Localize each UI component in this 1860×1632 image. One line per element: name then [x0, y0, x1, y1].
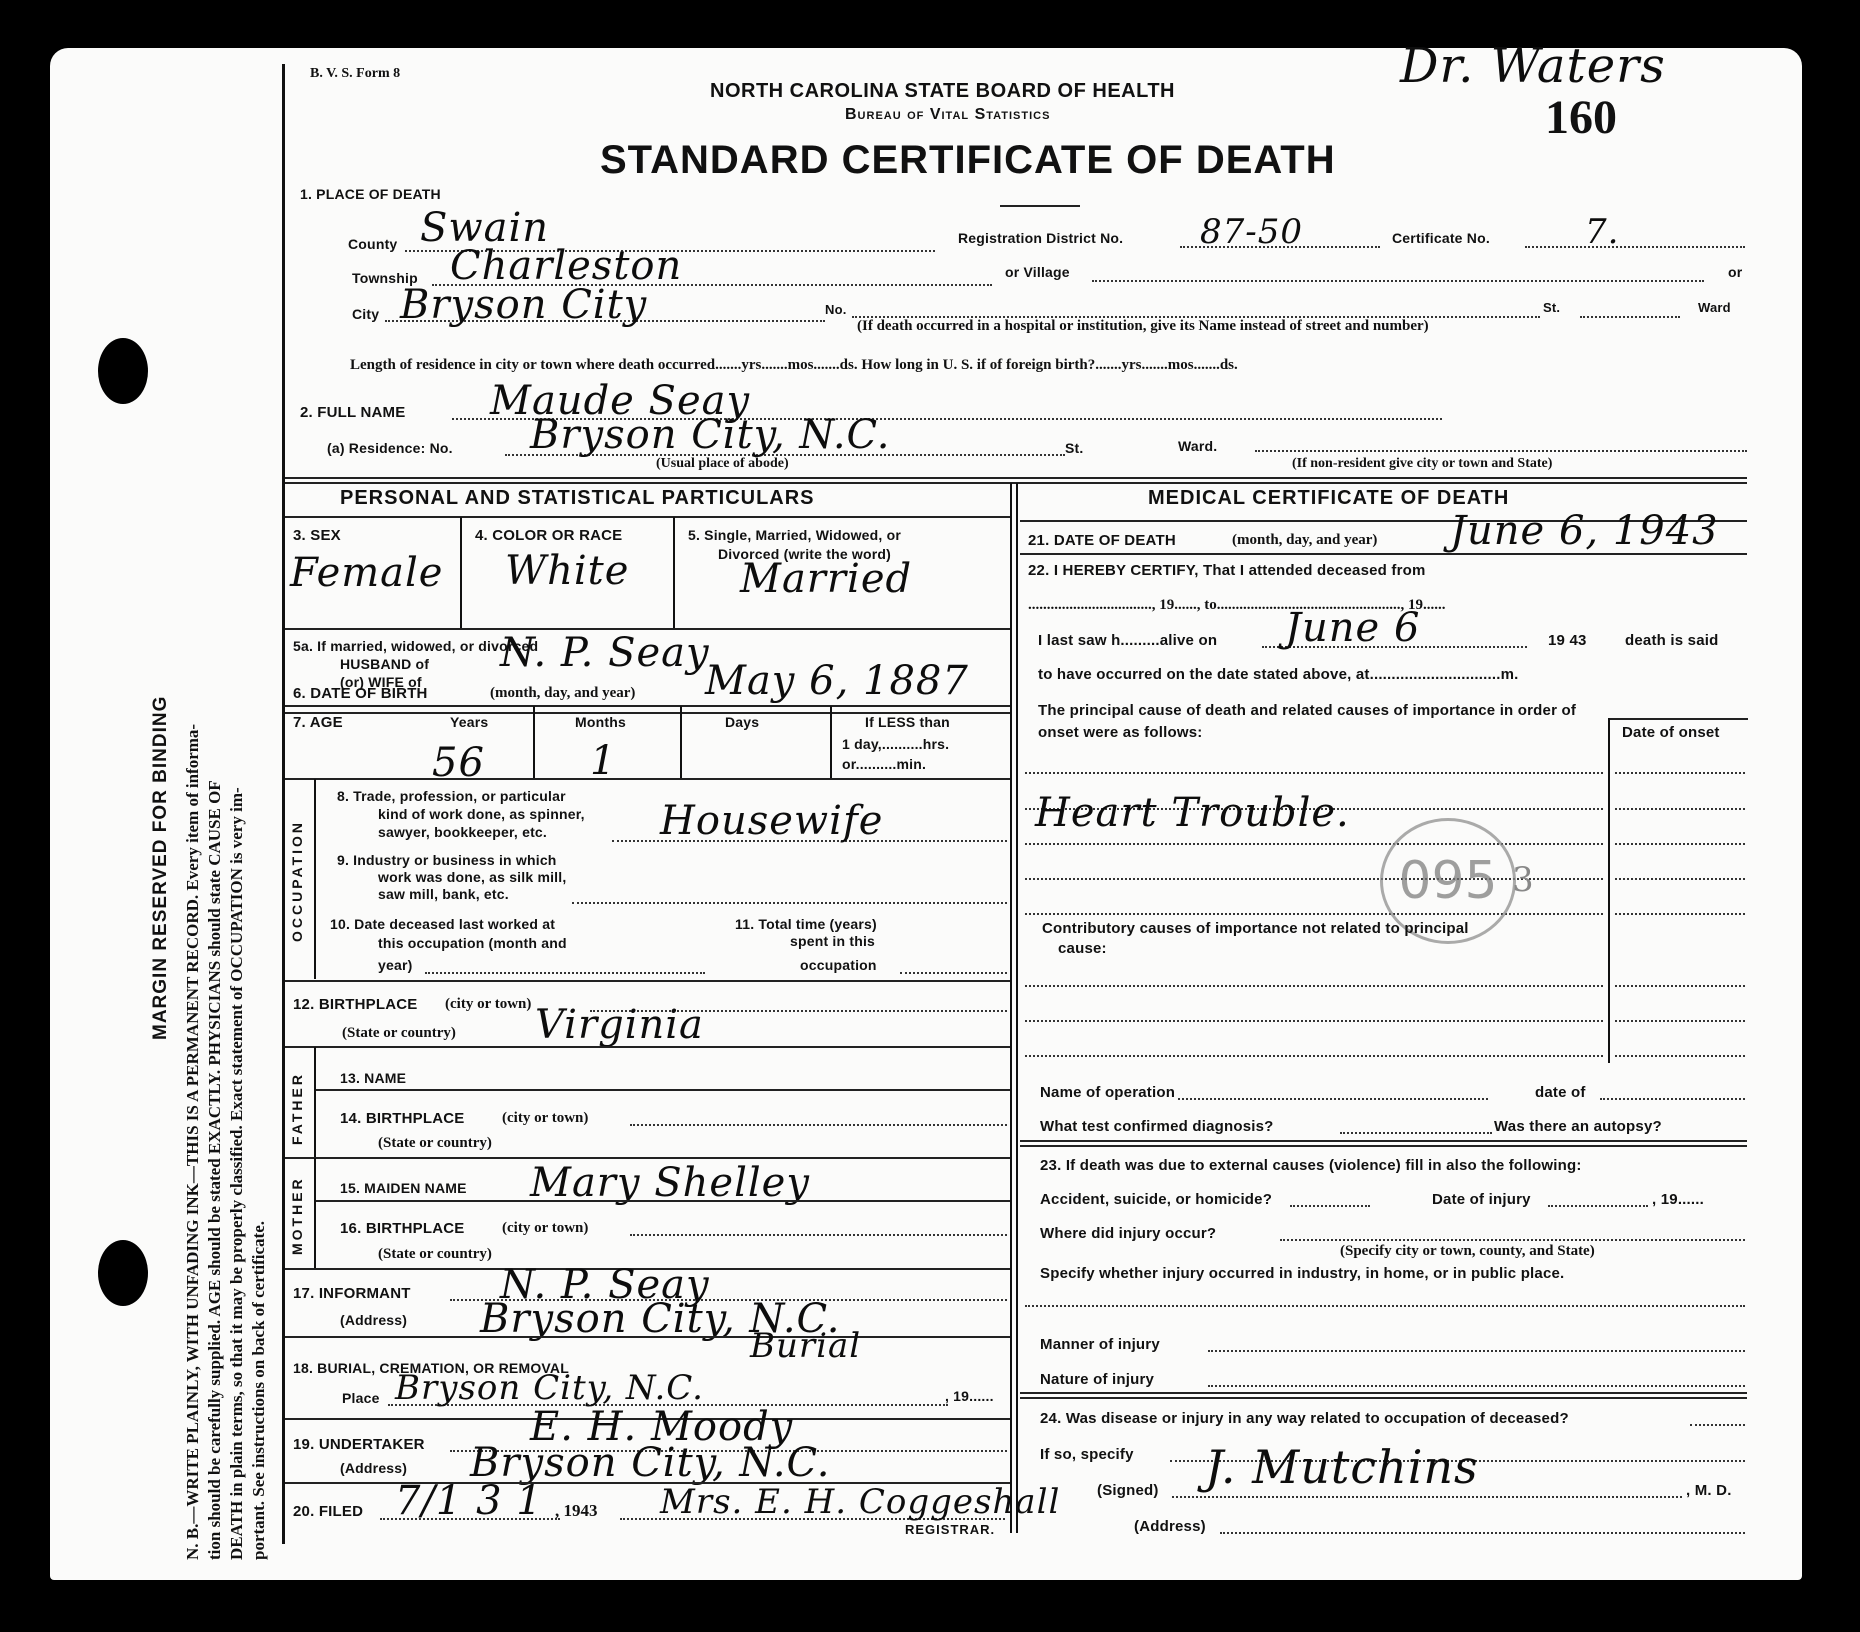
row-rule-7	[285, 778, 1010, 780]
principal-label-2: onset were as follows:	[1038, 724, 1202, 741]
less-label-2: 1 day,..........hrs.	[842, 736, 949, 752]
autopsy-label: Was there an autopsy?	[1494, 1118, 1662, 1135]
spouse-label-2: HUSBAND of	[340, 656, 429, 672]
street-no-label: No.	[825, 302, 847, 317]
ward-label: Ward	[1698, 300, 1731, 315]
age-label: 7. AGE	[293, 714, 343, 731]
county-label: County	[348, 236, 397, 252]
certificate-title: STANDARD CERTIFICATE OF DEATH	[600, 138, 1336, 183]
father-side-rule	[314, 1047, 316, 1157]
personal-section-title: PERSONAL AND STATISTICAL PARTICULARS	[340, 487, 815, 510]
row-rule-23	[1020, 1392, 1747, 1394]
row-rule-occupation	[285, 980, 1010, 982]
test-line	[1340, 1132, 1492, 1134]
age-divider-2	[680, 706, 682, 778]
accident-label: Accident, suicide, or homicide?	[1040, 1191, 1272, 1208]
abode-note: (Usual place of abode)	[656, 456, 789, 472]
days-label: Days	[725, 714, 759, 730]
injury-date-label: Date of injury	[1432, 1191, 1531, 1208]
cause-line-5	[1025, 913, 1603, 915]
occupation-side-rule	[314, 779, 316, 979]
hospital-note: (If death occurred in a hospital or inst…	[857, 318, 1429, 335]
age-divider-3	[830, 706, 832, 778]
marital-value: Married	[740, 556, 912, 602]
mother-state-sub: (State or country)	[378, 1246, 492, 1263]
row-rule-12	[285, 1046, 1010, 1048]
onset-line-5	[1615, 913, 1745, 915]
nature-label: Nature of injury	[1040, 1371, 1154, 1388]
father-birthplace-label: 14. BIRTHPLACE	[340, 1110, 465, 1127]
onset-column-rule	[1608, 718, 1610, 1063]
certificate-line	[1525, 246, 1745, 248]
manner-label: Manner of injury	[1040, 1336, 1160, 1353]
where-note: (Specify city or town, county, and State…	[1340, 1243, 1595, 1260]
manner-line	[1208, 1350, 1745, 1352]
signed-line	[1172, 1496, 1682, 1498]
column-divider-2	[1016, 483, 1018, 1533]
where-injury-line	[1280, 1239, 1745, 1241]
race-value: White	[505, 548, 629, 594]
specify-injury-label: Specify whether injury occurred in indus…	[1040, 1265, 1564, 1282]
village-label: or Village	[1005, 264, 1070, 280]
father-state-sub: (State or country)	[378, 1135, 492, 1152]
row-rule-13	[316, 1089, 1010, 1091]
lastworked-label-3: year)	[378, 957, 412, 973]
full-name-label: 2. FULL NAME	[300, 404, 405, 421]
occurred-label: to have occurred on the date stated abov…	[1038, 666, 1519, 683]
city-value: Bryson City	[400, 282, 647, 328]
where-injury-label: Where did injury occur?	[1040, 1225, 1216, 1242]
onset-line-4	[1615, 878, 1745, 880]
operation-date-line	[1600, 1098, 1745, 1100]
residence-st-label: St.	[1065, 440, 1084, 456]
sex-race-divider	[460, 517, 462, 629]
father-name-label: 13. NAME	[340, 1070, 406, 1086]
operation-label: Name of operation	[1040, 1084, 1175, 1101]
contrib-line-2	[1025, 1020, 1603, 1022]
birthplace-state-sub: (State or country)	[342, 1025, 456, 1042]
principal-cause-value: Heart Trouble.	[1035, 790, 1350, 836]
row-rule-21	[1020, 553, 1747, 555]
industry-line	[572, 902, 1007, 904]
classification-stamp-suffix: 3	[1512, 860, 1535, 900]
industry-label-2: work was done, as silk mill,	[378, 869, 566, 885]
residence-value: Bryson City, N.C.	[530, 412, 890, 458]
annotation-dr-waters: Dr. Waters	[1400, 38, 1666, 94]
date-of-onset-label: Date of onset	[1622, 724, 1720, 741]
signed-label: (Signed)	[1097, 1482, 1159, 1499]
onset-line-3	[1615, 843, 1745, 845]
contrib-line-3	[1025, 1055, 1603, 1057]
father-city-sub: (city or town)	[502, 1110, 588, 1127]
dod-value: June 6, 1943	[1450, 508, 1719, 554]
residence-length: Length of residence in city or town wher…	[350, 357, 1238, 374]
principal-label-1: The principal cause of death and related…	[1038, 702, 1576, 719]
contrib-onset-2	[1615, 1020, 1745, 1022]
trade-label-1: 8. Trade, profession, or particular	[337, 788, 566, 804]
injury-year-label: , 19......	[1652, 1191, 1704, 1208]
operation-date-label: date of	[1535, 1084, 1586, 1101]
totaltime-label-2: spent in this	[790, 933, 875, 949]
section-divider-top	[285, 477, 1747, 479]
filed-label: 20. FILED	[293, 1503, 363, 1520]
residence-label: (a) Residence: No.	[327, 440, 453, 456]
birthplace-state-value: Virginia	[535, 1002, 704, 1048]
dod-label: 21. DATE OF DEATH	[1028, 532, 1176, 549]
dob-value: May 6, 1887	[705, 658, 969, 704]
personal-title-rule	[285, 516, 1010, 518]
reg-district-value: 87-50	[1200, 212, 1303, 252]
occ-related-line	[1690, 1424, 1745, 1426]
medical-section-title: MEDICAL CERTIFICATE OF DEATH	[1148, 487, 1509, 510]
occ-related-label: 24. Was disease or injury in any way rel…	[1040, 1410, 1569, 1427]
if-so-label: If so, specify	[1040, 1446, 1134, 1463]
certificate-no-value: 7.	[1585, 212, 1619, 252]
accident-line	[1290, 1205, 1370, 1207]
sex-label: 3. SEX	[293, 527, 341, 544]
certify-label: 22. I HEREBY CERTIFY, That I attended de…	[1028, 562, 1426, 579]
ward-line	[1580, 316, 1680, 318]
contributory-label-1: Contributory causes of importance not re…	[1042, 920, 1469, 937]
mother-city-sub: (city or town)	[502, 1220, 588, 1237]
industry-label-3: saw mill, bank, etc.	[378, 886, 509, 902]
contrib-onset-1	[1615, 985, 1745, 987]
row-rule-23b	[1020, 1397, 1747, 1399]
totaltime-label-3: occupation	[800, 957, 877, 973]
dod-sub: (month, day, and year)	[1232, 532, 1377, 549]
filed-date-value: 7/1 3 1	[395, 1478, 543, 1524]
spouse-value: N. P. Seay	[500, 630, 710, 676]
father-side-label: FATHER	[289, 1072, 305, 1145]
birthplace-city-sub: (city or town)	[445, 996, 531, 1013]
trade-label-2: kind of work done, as spinner,	[378, 806, 585, 822]
external-label: 23. If death was due to external causes …	[1040, 1157, 1582, 1174]
totaltime-label-1: 11. Total time (years)	[735, 916, 877, 932]
certificate-no-label: Certificate No.	[1392, 230, 1490, 246]
mother-birthplace-label: 16. BIRTHPLACE	[340, 1220, 465, 1237]
mother-side-rule	[314, 1158, 316, 1268]
contrib-line-1	[1025, 985, 1603, 987]
margin-binding-note: MARGIN RESERVED FOR BINDING	[150, 696, 172, 1040]
binding-hole-bottom	[98, 1240, 148, 1306]
residence-ward-line	[1255, 450, 1747, 452]
mother-side-label: MOTHER	[289, 1176, 305, 1255]
contributory-label-2: cause:	[1058, 940, 1107, 957]
specify-injury-line	[1025, 1305, 1745, 1307]
informant-address-label: (Address)	[340, 1312, 407, 1328]
address-label: (Address)	[1134, 1518, 1206, 1535]
address-line	[1220, 1532, 1745, 1534]
lastworked-line	[425, 972, 705, 974]
dob-sub: (month, day, and year)	[490, 685, 635, 702]
physician-signature: J. Mutchins	[1205, 1440, 1479, 1494]
onset-line-2	[1615, 808, 1745, 810]
city-label: City	[352, 306, 379, 322]
less-label-3: or..........min.	[842, 756, 926, 772]
margin-instructions-2: tion should be carefully supplied. AGE s…	[205, 780, 225, 1560]
burial-place-label: Place	[342, 1390, 380, 1406]
margin-instructions-4: portant. See instructions on back of cer…	[249, 1221, 269, 1560]
burial-type-value: Burial	[750, 1326, 861, 1366]
onset-line-1	[1615, 772, 1745, 774]
race-marital-divider	[673, 517, 675, 629]
st-label: St.	[1543, 300, 1560, 315]
operation-line	[1178, 1098, 1488, 1100]
margin-instructions-1: N. B.—WRITE PLAINLY, WITH UNFADING INK—T…	[183, 724, 203, 1560]
board-name: NORTH CAROLINA STATE BOARD OF HEALTH	[710, 80, 1175, 103]
occupation-side-label: OCCUPATION	[289, 820, 305, 942]
totaltime-line	[900, 972, 1007, 974]
undertaker-label: 19. UNDERTAKER	[293, 1436, 425, 1453]
binding-hole-top	[98, 338, 148, 404]
village-line	[1092, 280, 1704, 282]
form-id: B. V. S. Form 8	[310, 66, 400, 82]
registrar-label: REGISTRAR.	[905, 1522, 995, 1537]
row-rule-15	[316, 1200, 1010, 1202]
place-of-death-label: 1. PLACE OF DEATH	[300, 186, 441, 202]
trade-label-3: sawyer, bookkeeper, etc.	[378, 824, 547, 840]
stray-mark-000	[1030, 463, 1039, 493]
informant-label: 17. INFORMANT	[293, 1285, 411, 1302]
mother-birthplace-line	[630, 1234, 1007, 1236]
row-rule-22b	[1020, 1145, 1747, 1147]
dob-label: 6. DATE OF BIRTH	[293, 685, 428, 702]
md-label: , M. D.	[1686, 1482, 1732, 1499]
onset-top-rule	[1608, 718, 1748, 720]
residence-ward-label: Ward.	[1178, 438, 1217, 454]
cause-line-3	[1025, 843, 1603, 845]
row-rule-22	[1020, 1140, 1747, 1142]
page-number: 160	[1545, 90, 1617, 145]
row-rule-17	[285, 1336, 1010, 1338]
or-label: or	[1728, 264, 1742, 280]
less-label-1: If LESS than	[865, 714, 950, 730]
years-label: Years	[450, 714, 488, 730]
burial-place-value: Bryson City, N.C.	[395, 1368, 704, 1408]
father-birthplace-line	[630, 1124, 1007, 1126]
sex-value: Female	[290, 550, 443, 596]
filed-year: , 1943	[555, 1501, 598, 1521]
marital-label-1: 5. Single, Married, Widowed, or	[688, 527, 901, 543]
lastworked-label-2: this occupation (month and	[378, 935, 567, 951]
injury-date-line	[1548, 1205, 1648, 1207]
months-label: Months	[575, 714, 626, 730]
undertaker-address-label: (Address)	[340, 1460, 407, 1476]
registrar-signature: Mrs. E. H. Coggeshall	[660, 1482, 1060, 1522]
nonresident-note: (If non-resident give city or town and S…	[1292, 456, 1552, 472]
reg-district-label: Registration District No.	[958, 230, 1123, 246]
bureau-name: Bureau of Vital Statistics	[845, 106, 1050, 124]
last-saw-year: 19 43	[1548, 632, 1587, 649]
title-underline	[1000, 205, 1080, 207]
death-said-label: death is said	[1625, 632, 1718, 649]
race-label: 4. COLOR OR RACE	[475, 527, 622, 544]
last-saw-label: I last saw h.........alive on	[1038, 632, 1217, 649]
margin-rule	[282, 64, 285, 1544]
age-divider-1	[533, 706, 535, 778]
cause-line-1	[1025, 772, 1603, 774]
test-label: What test confirmed diagnosis?	[1040, 1118, 1274, 1135]
row-rule-6	[285, 705, 1010, 707]
birthplace-label: 12. BIRTHPLACE	[293, 996, 418, 1013]
column-divider	[1010, 483, 1012, 1533]
nature-line	[1208, 1385, 1745, 1387]
industry-label-1: 9. Industry or business in which	[337, 852, 557, 868]
burial-date-label: , 19......	[945, 1388, 994, 1404]
contrib-onset-3	[1615, 1055, 1745, 1057]
lastworked-label-1: 10. Date deceased last worked at	[330, 916, 555, 932]
last-saw-value: June 6	[1285, 605, 1420, 651]
row-rule-14	[285, 1157, 1010, 1159]
margin-instructions-3: DEATH in plain terms, so that it may be …	[227, 787, 247, 1560]
trade-value: Housewife	[660, 798, 883, 844]
mother-maiden-label: 15. MAIDEN NAME	[340, 1180, 467, 1196]
